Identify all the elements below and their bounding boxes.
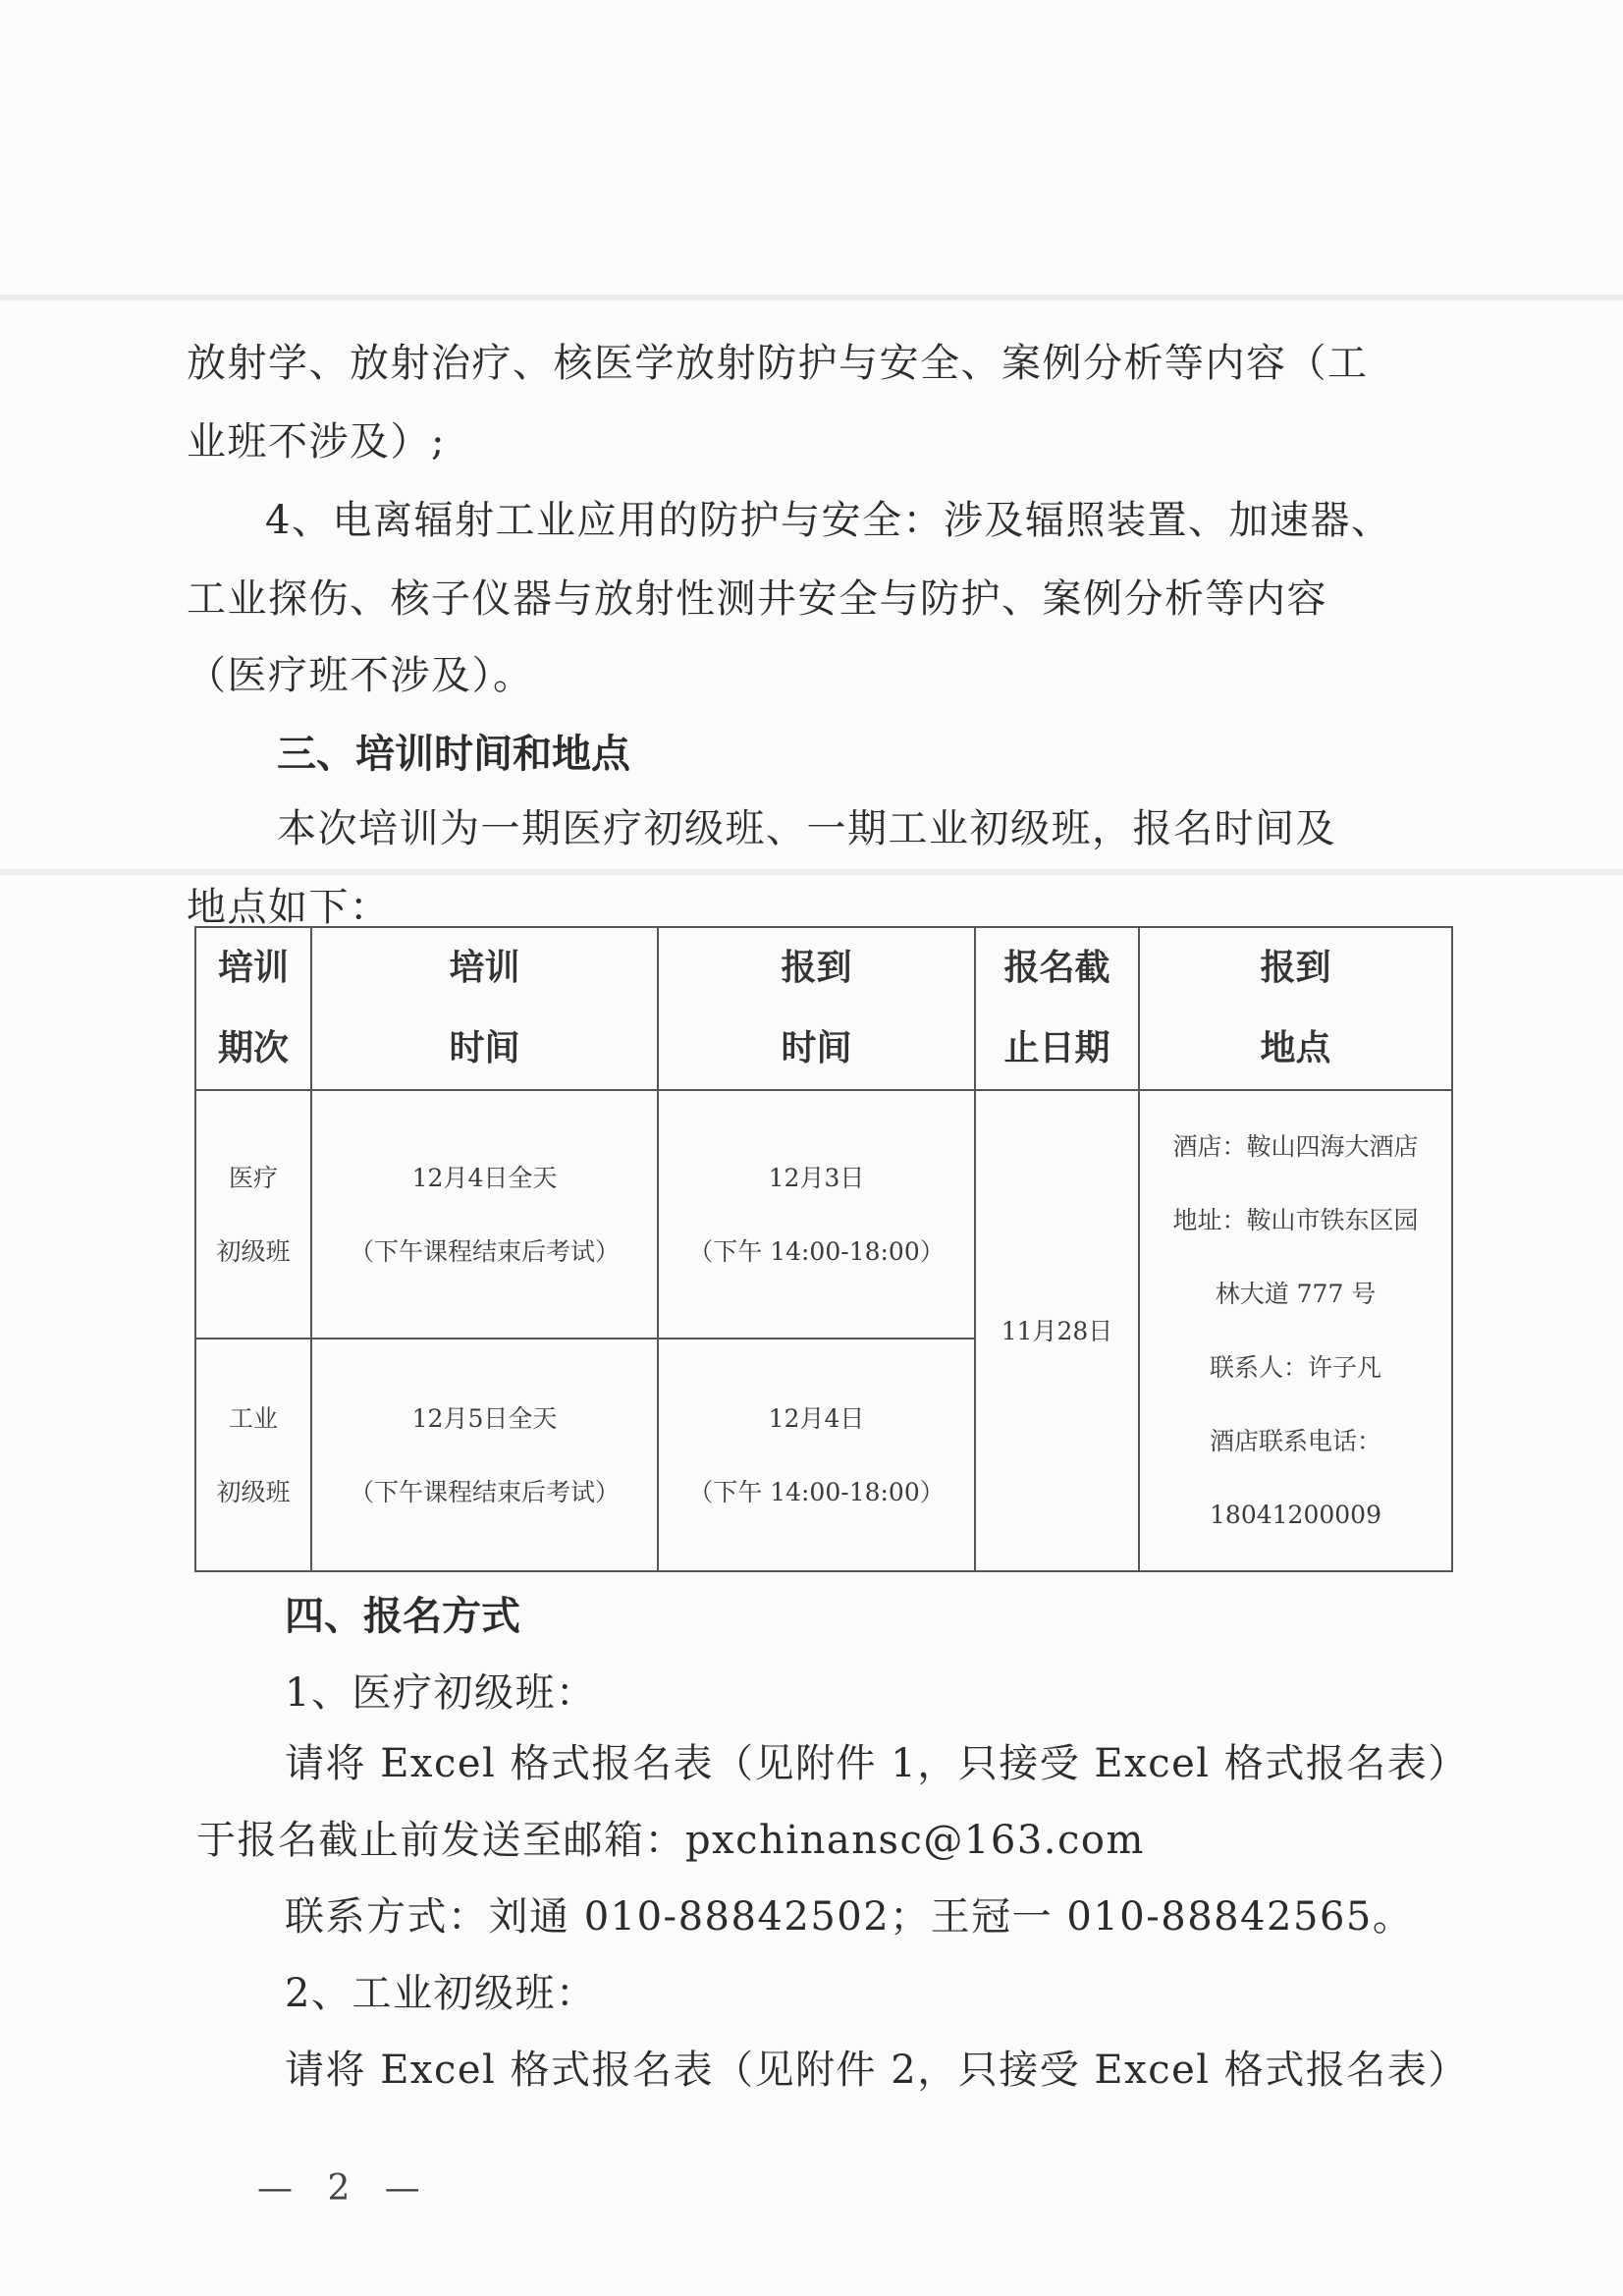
header-period: 培训期次 <box>195 927 311 1090</box>
venue-address: 林大道 777 号 <box>1140 1257 1451 1331</box>
header-deadline: 报名截止日期 <box>975 927 1139 1090</box>
page-number: — 2 — <box>257 2168 432 2209</box>
venue-contact: 联系人：许子凡 <box>1140 1331 1451 1404</box>
period-cell: 工业初级班 <box>195 1339 311 1571</box>
header-venue: 报到地点 <box>1139 927 1452 1090</box>
venue-phone-label: 酒店联系电话： <box>1140 1404 1451 1478</box>
section3-paragraph: 地点如下： <box>187 884 391 931</box>
body-line: 工业探伤、核子仪器与放射性测井安全与防护、案例分析等内容 <box>187 575 1327 623</box>
item-email: 于报名截止前发送至邮箱：pxchinansc@163.com <box>196 1817 1145 1864</box>
item-title: 2、工业初级班： <box>285 1970 596 2017</box>
venue-hotel: 酒店：鞍山四海大酒店 <box>1140 1110 1451 1183</box>
item-contact: 联系方式：刘通 010-88842502；王冠一 010-88842565。 <box>285 1893 1413 1941</box>
schedule-table: 培训期次 培训时间 报到时间 报名截止日期 报到地点 医疗初级班 12月4日全天… <box>194 926 1453 1572</box>
venue-cell: 酒店：鞍山四海大酒店 地址：鞍山市铁东区园 林大道 777 号 联系人：许子凡 … <box>1139 1090 1452 1571</box>
item-text: 请将 Excel 格式报名表（见附件 2，只接受 Excel 格式报名表） <box>285 2047 1469 2094</box>
scan-shadow <box>0 869 1623 875</box>
deadline-cell: 11月28日 <box>975 1090 1139 1571</box>
venue-address: 地址：鞍山市铁东区园 <box>1140 1183 1451 1257</box>
venue-phone: 18041200009 <box>1140 1478 1451 1552</box>
body-line: 4、电离辐射工业应用的防护与安全：涉及辐照装置、加速器、 <box>265 497 1391 544</box>
section3-paragraph: 本次培训为一期医疗初级班、一期工业初级班，报名时间及 <box>277 805 1336 852</box>
body-line: 业班不涉及）; <box>187 418 446 465</box>
training-time-cell: 12月5日全天（下午课程结束后考试） <box>311 1339 658 1571</box>
checkin-time-cell: 12月3日（下午 14:00-18:00） <box>658 1090 975 1339</box>
section-heading-3: 三、培训时间和地点 <box>277 731 630 778</box>
header-checkin-time: 报到时间 <box>658 927 975 1090</box>
section-heading-4: 四、报名方式 <box>285 1593 520 1640</box>
body-line: 放射学、放射治疗、核医学放射防护与安全、案例分析等内容（工 <box>187 340 1369 387</box>
table-row: 医疗初级班 12月4日全天（下午课程结束后考试） 12月3日（下午 14:00-… <box>195 1090 1452 1339</box>
checkin-time-cell: 12月4日（下午 14:00-18:00） <box>658 1339 975 1571</box>
training-time-cell: 12月4日全天（下午课程结束后考试） <box>311 1090 658 1339</box>
period-cell: 医疗初级班 <box>195 1090 311 1339</box>
table-header-row: 培训期次 培训时间 报到时间 报名截止日期 报到地点 <box>195 927 1452 1090</box>
item-title: 1、医疗初级班： <box>285 1669 596 1717</box>
body-line: （医疗班不涉及）。 <box>187 652 534 699</box>
item-text: 请将 Excel 格式报名表（见附件 1，只接受 Excel 格式报名表） <box>285 1740 1469 1787</box>
scan-shadow <box>0 295 1623 301</box>
header-training-time: 培训时间 <box>311 927 658 1090</box>
